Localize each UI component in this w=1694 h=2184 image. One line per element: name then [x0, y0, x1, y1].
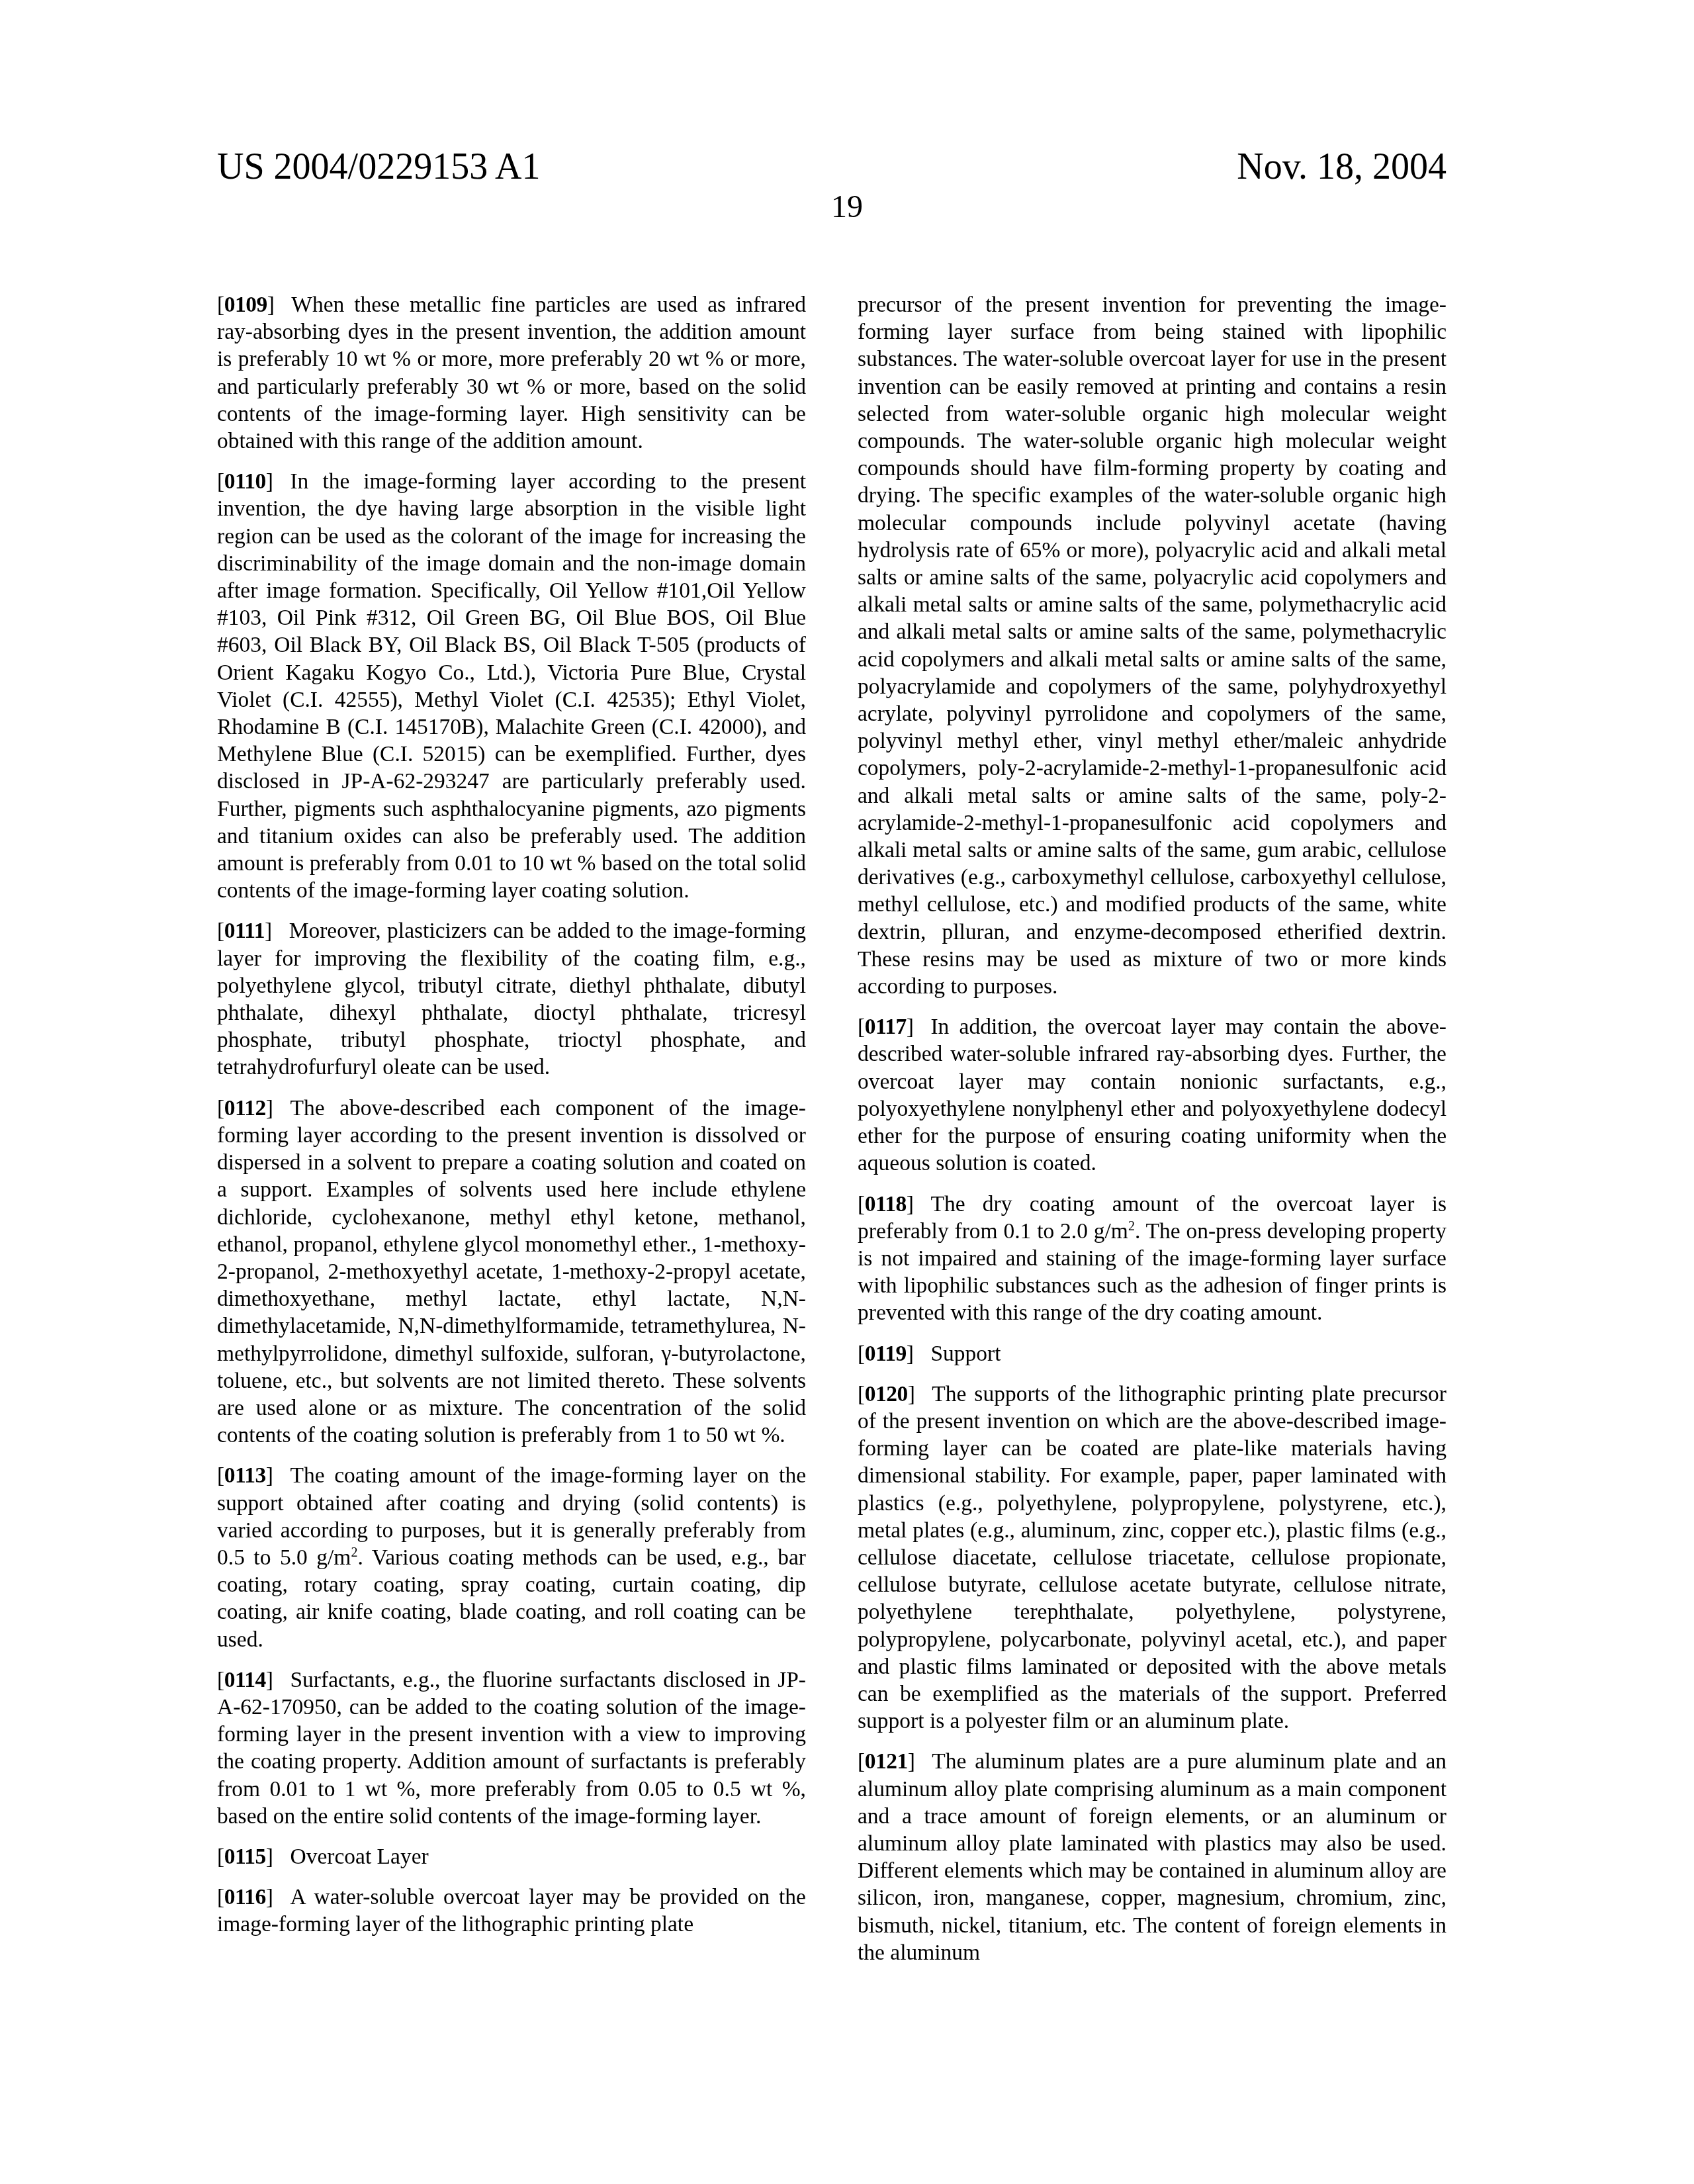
- paragraph-number: 0114: [217, 1668, 273, 1692]
- section-heading-text: Support: [930, 1342, 1001, 1366]
- paragraph-number: 0116: [217, 1885, 273, 1909]
- paragraph-number: 0119: [858, 1342, 913, 1366]
- paragraph-text: Surfactants, e.g., the fluorine surfacta…: [217, 1668, 806, 1829]
- paragraph-number: 0112: [217, 1096, 273, 1120]
- paragraph-0109: 0109When these metallic fine particles a…: [217, 291, 806, 455]
- paragraph-number: 0111: [217, 919, 272, 943]
- paragraph-number: 0110: [217, 469, 273, 494]
- paragraph-number: 0117: [858, 1015, 913, 1039]
- paragraph-text: When these metallic fine particles are u…: [217, 293, 806, 453]
- paragraph-0116: 0116A water-soluble overcoat layer may b…: [217, 1884, 806, 1938]
- section-heading-text: Overcoat Layer: [290, 1844, 428, 1869]
- paragraph-number: 0109: [217, 293, 274, 317]
- paragraph-text: The aluminum plates are a pure aluminum …: [858, 1749, 1447, 1964]
- paragraph-text: precursor of the present invention for p…: [858, 293, 1447, 999]
- paragraph-text: The above-described each component of th…: [217, 1096, 806, 1447]
- superscript: 2: [351, 1545, 357, 1560]
- publication-date: Nov. 18, 2004: [1237, 147, 1447, 187]
- paragraph-0121: 0121The aluminum plates are a pure alumi…: [858, 1748, 1447, 1966]
- paragraph-number: 0121: [858, 1749, 914, 1774]
- paragraph-text: In the image-forming layer according to …: [217, 469, 806, 903]
- paragraph-0114: 0114Surfactants, e.g., the fluorine surf…: [217, 1666, 806, 1830]
- left-column: 0109When these metallic fine particles a…: [217, 291, 806, 1952]
- paragraph-0113: 0113The coating amount of the image-form…: [217, 1462, 806, 1653]
- paragraph-0118: 0118The dry coating amount of the overco…: [858, 1191, 1447, 1327]
- paragraph-0120: 0120The supports of the lithographic pri…: [858, 1381, 1447, 1735]
- section-heading-support: 0119Support: [858, 1340, 1447, 1367]
- paragraph-text: Moreover, plasticizers can be added to t…: [217, 919, 806, 1079]
- paragraph-number: 0115: [217, 1844, 273, 1869]
- paragraph-text: A water-soluble overcoat layer may be pr…: [217, 1885, 806, 1936]
- page-number: 19: [0, 189, 1694, 225]
- paragraph-0110: 0110In the image-forming layer according…: [217, 468, 806, 904]
- paragraph-number: 0120: [858, 1382, 914, 1406]
- paragraph-0116-continued: precursor of the present invention for p…: [858, 291, 1447, 1000]
- paragraph-number: 0118: [858, 1192, 913, 1216]
- section-heading-overcoat-layer: 0115Overcoat Layer: [217, 1843, 806, 1870]
- paragraph-0112: 0112The above-described each component o…: [217, 1095, 806, 1449]
- publication-number: US 2004/0229153 A1: [217, 147, 541, 187]
- superscript: 2: [1128, 1219, 1135, 1234]
- paragraph-text: In addition, the overcoat layer may cont…: [858, 1015, 1447, 1175]
- paragraph-0111: 0111Moreover, plasticizers can be added …: [217, 917, 806, 1081]
- paragraph-0117: 0117In addition, the overcoat layer may …: [858, 1013, 1447, 1177]
- paragraph-text: The supports of the lithographic printin…: [858, 1382, 1447, 1733]
- paragraph-number: 0113: [217, 1463, 273, 1488]
- right-column: precursor of the present invention for p…: [858, 291, 1447, 1979]
